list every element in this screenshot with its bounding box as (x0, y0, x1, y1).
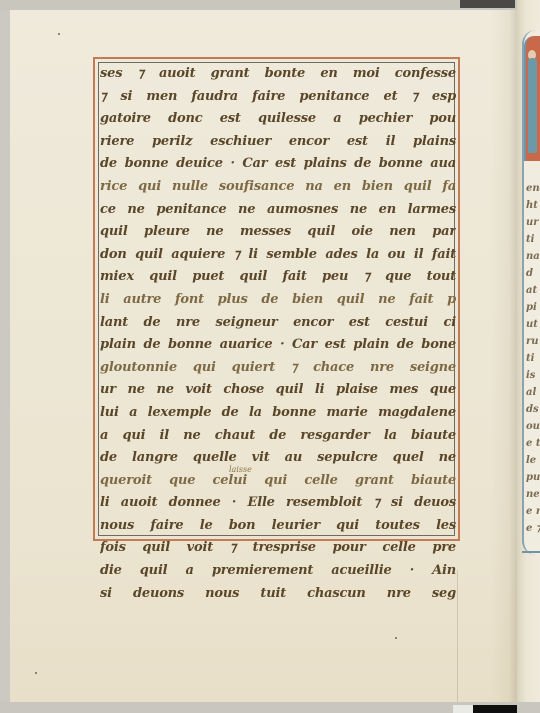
facing-text-line: is (526, 367, 540, 384)
parchment-speck (395, 637, 397, 639)
facing-text-line: pu (526, 469, 540, 486)
facing-text-line: al (526, 384, 540, 401)
facing-text-line: na (526, 248, 540, 265)
text-line: lui a lexemple de la bonne marie magdale… (100, 402, 456, 425)
text-line: de bonne deuice · Car est plains de bonn… (100, 153, 456, 176)
background-strip-top (0, 0, 540, 10)
facing-text-line: ti (526, 231, 540, 248)
facing-page-text: ende ht ur ti na d at pi ut ru ti is al … (526, 180, 540, 537)
facing-text-line: ut (526, 316, 540, 333)
facing-text-line: ht (526, 197, 540, 214)
text-line: ce ne penitance ne aumosnes ne en larmes (100, 199, 456, 222)
color-calibration-black (473, 705, 517, 713)
parchment-speck (58, 33, 60, 35)
facing-text-line: ur (526, 214, 540, 231)
facing-frame-bottom (522, 548, 540, 553)
text-line: don quil aquiere ⁊ li semble ades la ou … (100, 244, 456, 267)
text-line: rice qui nulle soufisance na en bien qui… (100, 176, 456, 199)
text-line: riere perilz eschiuer encor est il plain… (100, 131, 456, 154)
text-line: lant de nre seigneur encor est cestui ci (100, 312, 456, 335)
text-line: si deuons nous tuit chascun nre seg (100, 583, 456, 606)
text-line: queroit que celui qui celle grant biaute (100, 470, 456, 493)
interlinear-gloss: laisse (229, 465, 252, 474)
color-calibration-white (453, 705, 473, 713)
facing-text-line: ru (526, 333, 540, 350)
facing-text-line: at (526, 282, 540, 299)
facing-text-line: ende (526, 180, 540, 197)
facing-text-line: ne (526, 486, 540, 503)
text-line: li auoit donnee · Elle resembloit ⁊ si d… (100, 492, 456, 515)
facing-text-line: e t (526, 435, 540, 452)
facing-text-line: pi (526, 299, 540, 316)
page-crease (457, 570, 458, 712)
text-line: ⁊ si men faudra faire penitance et ⁊ esp (100, 86, 456, 109)
text-line: a qui il ne chaut de resgarder la biaute (100, 425, 456, 448)
background-dark-patch (460, 0, 515, 8)
text-line: gloutonnie qui quiert ⁊ chace nre seigne (100, 357, 456, 380)
facing-text-line: d (526, 265, 540, 282)
facing-text-line: e n (526, 503, 540, 520)
manuscript-text-block: ses ⁊ auoit grant bonte en moi confesse … (100, 63, 456, 605)
facing-text-line: le (526, 452, 540, 469)
text-line: ses ⁊ auoit grant bonte en moi confesse (100, 63, 456, 86)
text-line: gatoire donc est quilesse a pechier pou (100, 108, 456, 131)
text-line: miex quil puet quil fait peu ⁊ que tout (100, 266, 456, 289)
miniature-figure-robe (528, 58, 537, 153)
text-line: nous faire le bon leurier qui toutes les (100, 515, 456, 538)
manuscript-viewer: ses ⁊ auoit grant bonte en moi confesse … (0, 0, 540, 713)
text-line: de langre quelle vit au sepulcre quel ne (100, 447, 456, 470)
text-line: quil pleure ne messes quil oie nen par (100, 221, 456, 244)
text-line: fois quil voit ⁊ tresprise pour celle pr… (100, 537, 456, 560)
facing-text-line: ti (526, 350, 540, 367)
text-line: ur ne ne voit chose quil li plaise mes q… (100, 379, 456, 402)
parchment-speck (35, 672, 37, 674)
text-line: plain de bonne auarice · Car est plain d… (100, 334, 456, 357)
gutter-shadow (490, 10, 517, 702)
facing-text-line: ds (526, 401, 540, 418)
text-line: li autre font plus de bien quil ne fait … (100, 289, 456, 312)
facing-text-line: e ⁊ (526, 520, 540, 537)
facing-text-line: ou (526, 418, 540, 435)
text-line: die quil a premierement acueillie · Ain (100, 560, 456, 583)
